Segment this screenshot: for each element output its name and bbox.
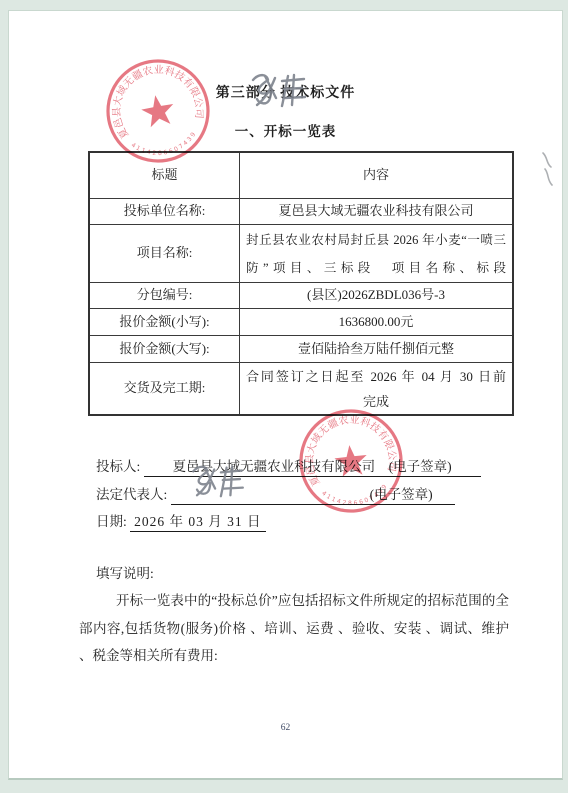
delivery-period-line2: 完成	[240, 390, 512, 414]
document-page: 第三部分 技术标文件 一、开标一览表 标题 内容 投标单位名称: 夏邑县大域无疆…	[8, 10, 563, 780]
table-header-content: 内容	[240, 153, 512, 198]
date-value-underlined: 2026 年 03 月 31 日	[130, 510, 265, 532]
date-line: 日期: 2026 年 03 月 31 日	[96, 510, 266, 532]
row-label-delivery-period: 交货及完工期:	[90, 362, 240, 414]
page-number: 62	[9, 723, 562, 733]
notes-body: 开标一览表中的“投标总价”应包括招标文件所规定的招标范围的全部内容,包括货物(服…	[79, 587, 509, 670]
bidder-label: 投标人:	[96, 459, 140, 474]
legal-rep-label: 法定代表人:	[96, 487, 167, 502]
row-label-bidder-name: 投标单位名称:	[90, 198, 240, 224]
table-header-title: 标题	[90, 153, 240, 198]
row-value-project-name: 封丘县农业农村局封丘县 2026 年小麦“一喷三防”项目、三标段 项目名称、标段	[240, 224, 512, 282]
legal-rep-signature-line: 法定代表人: (电子签章)	[96, 483, 455, 505]
row-label-project-name: 项目名称:	[90, 224, 240, 282]
bidder-signature-line: 投标人: 夏邑县大域无疆农业科技有限公司 (电子签章)	[96, 455, 481, 477]
company-seal-top-icon: 夏邑县大域无疆农业科技有限公司 4114286607439	[103, 56, 213, 166]
legal-rep-underline: (电子签章)	[171, 483, 455, 505]
row-label-package-number: 分包编号:	[90, 282, 240, 308]
date-label: 日期:	[96, 514, 127, 529]
row-label-price-words: 报价金额(大写):	[90, 335, 240, 362]
bid-opening-table: 标题 内容 投标单位名称: 夏邑县大域无疆农业科技有限公司 项目名称: 封丘县农…	[88, 151, 514, 416]
page-edge-artifact	[539, 149, 553, 189]
row-value-price-words: 壹佰陆拾叁万陆仟捌佰元整	[240, 335, 512, 362]
legal-rep-value: (电子签章)	[370, 487, 433, 502]
row-value-bidder-name: 夏邑县大域无疆农业科技有限公司	[240, 198, 512, 224]
row-value-delivery-period: 合同签订之日起至 2026 年 04 月 30 日前 完成	[240, 362, 512, 414]
delivery-period-line1: 合同签订之日起至 2026 年 04 月 30 日前	[240, 364, 512, 390]
notes-heading: 填写说明:	[96, 562, 154, 582]
row-value-price-numeric: 1636800.00元	[240, 308, 512, 335]
row-value-package-number: (县区)2026ZBDL036号-3	[240, 282, 512, 308]
page-title: 第三部分 技术标文件	[9, 82, 562, 102]
section-subtitle: 一、开标一览表	[9, 120, 562, 140]
bidder-value-underlined: 夏邑县大域无疆农业科技有限公司 (电子签章)	[144, 455, 481, 477]
row-label-price-numeric: 报价金额(小写):	[90, 308, 240, 335]
